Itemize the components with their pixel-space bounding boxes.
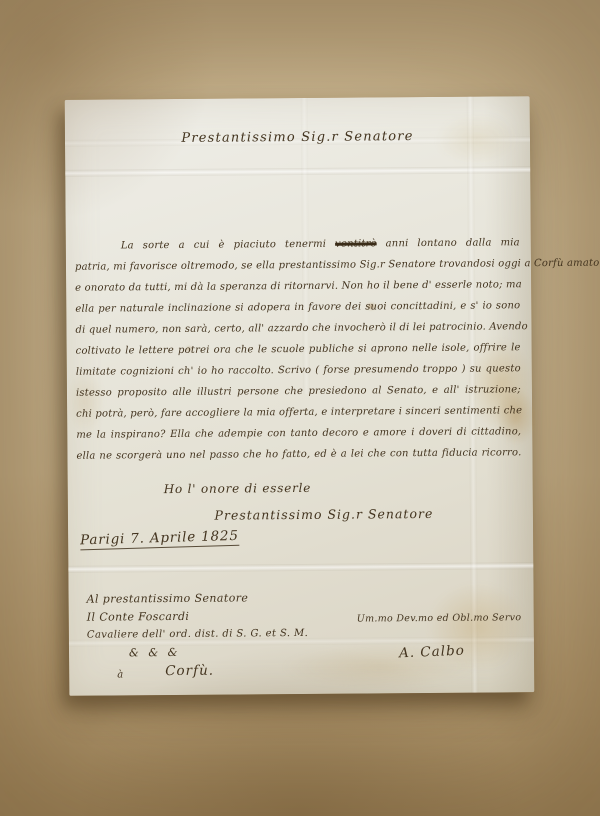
dateline-text: Parigi 7. Aprile 1825 (80, 528, 239, 551)
letter-valediction: Ho l' onore di esserle (164, 481, 312, 496)
photo-background: Prestantissimo Sig.r Senatore La sorte a… (0, 0, 600, 816)
body-line: ella ne scorgerà uno nel passo che ho fa… (76, 442, 521, 466)
signature: A. Calbo (399, 643, 465, 662)
address-place-line: à Corfù. (87, 661, 308, 683)
body-text: La sorte a cui è piaciuto tenermi (121, 239, 326, 252)
recipient-address-block: Al prestantissimo Senatore Il Conte Fosc… (87, 589, 309, 683)
address-line: Cavaliere dell' ord. dist. di S. G. et S… (87, 625, 308, 645)
letter-closing: Um.mo Dev.mo ed Obl.mo Servo (357, 612, 522, 624)
recipient-name: Il Conte Foscardi (87, 607, 308, 627)
etcetera-marks: & & & (129, 643, 308, 662)
letter-salutation: Prestantissimo Sig.r Senatore (65, 128, 530, 147)
fold-crease (68, 562, 533, 573)
address-line: Al prestantissimo Senatore (87, 589, 308, 609)
stain (406, 564, 549, 689)
letter-paper: Prestantissimo Sig.r Senatore La sorte a… (65, 96, 535, 696)
fold-crease (65, 166, 530, 177)
place-name: Corfù. (165, 662, 214, 680)
body-text: anni lontano dalla mia (386, 237, 520, 249)
letter-signoff-title: Prestantissimo Sig.r Senatore (114, 505, 534, 523)
letter-body: La sorte a cui è piaciuto tenermi ventit… (75, 232, 522, 466)
strikethrough-word: ventitrè (335, 238, 377, 249)
letter-dateline: Parigi 7. Aprile 1825 (80, 528, 239, 549)
place-prefix: à (117, 666, 124, 684)
